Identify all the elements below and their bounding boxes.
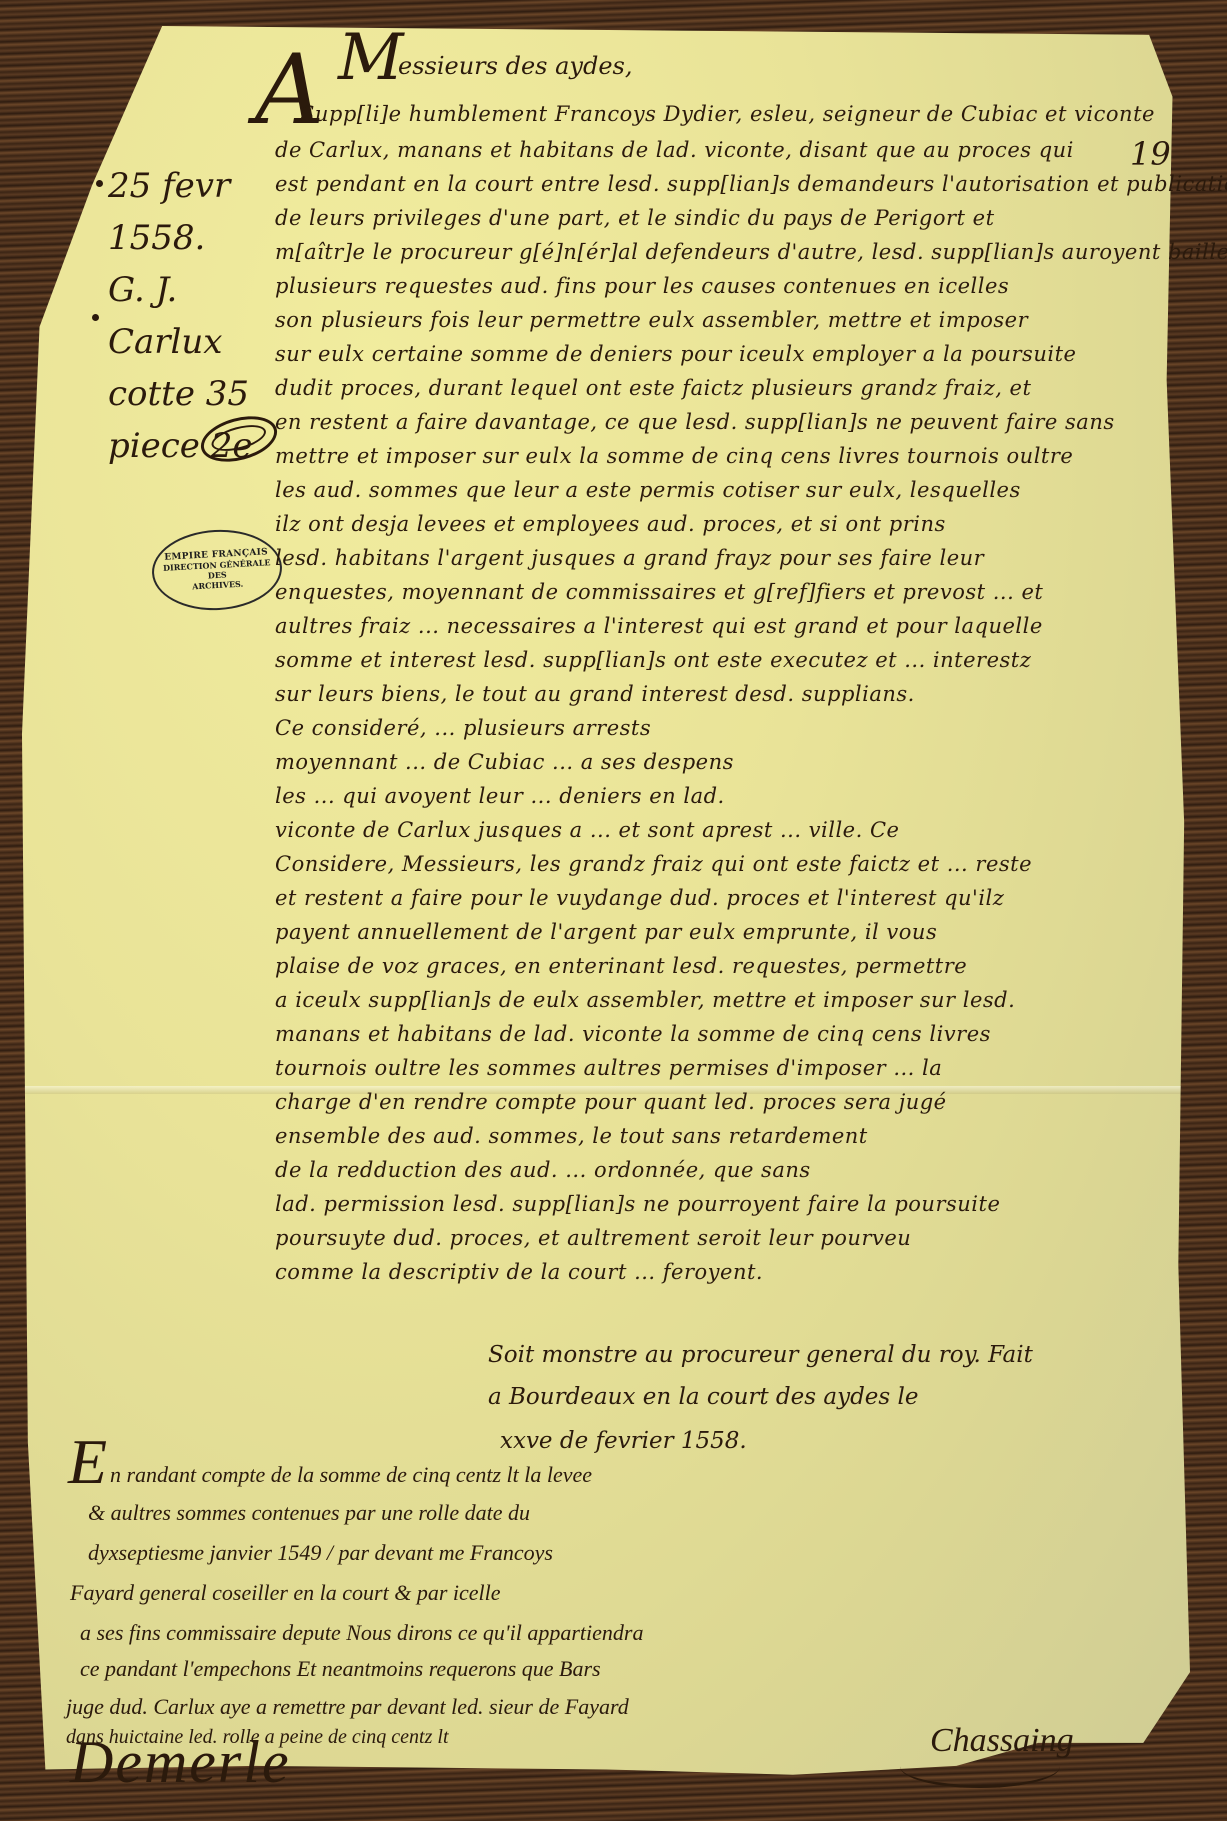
body-line: lesd. habitans l'argent jusques a grand … <box>275 546 984 570</box>
body-line: plusieurs requestes aud. fins pour les c… <box>275 274 1009 298</box>
body-line: de leurs privileges d'une part, et le si… <box>275 206 995 230</box>
body-line: ilz ont desja levees et employees aud. p… <box>275 512 946 536</box>
body-line: son plusieurs fois leur permettre eulx a… <box>275 308 1028 332</box>
body-line: mettre et imposer sur eulx la somme de c… <box>275 444 1073 468</box>
body-line: dudit proces, durant lequel ont este fai… <box>275 376 1031 400</box>
body-line: plaise de voz graces, en enterinant lesd… <box>275 954 967 978</box>
body-line: poursuyte dud. proces, et aultrement ser… <box>275 1226 911 1250</box>
decorated-initial-m: M <box>338 26 404 90</box>
body-line: m[aîtr]e le procureur g[é]n[ér]al defend… <box>275 240 1227 264</box>
signature-right: Chassaing <box>930 1722 1074 1760</box>
lower-line: a ses fins commissaire depute Nous diron… <box>80 1620 643 1646</box>
lower-line: Fayard general coseiller en la court & p… <box>70 1580 501 1606</box>
body-line: Ce consideré, ... plusieurs arrests <box>275 716 651 740</box>
body-line: Considere, Messieurs, les grandz fraiz q… <box>275 852 1032 876</box>
margin-note-place: Carlux <box>108 316 252 368</box>
lower-line: n randant compte de la somme de cinq cen… <box>110 1462 592 1488</box>
body-line: de la redduction des aud. ... ordonnée, … <box>275 1158 811 1182</box>
ink-dot <box>92 314 99 321</box>
body-line: payent annuellement de l'argent par eulx… <box>275 920 937 944</box>
lower-line: & aultres sommes contenues par une rolle… <box>88 1500 530 1526</box>
body-line: somme et interest lesd. supp[lian]s ont … <box>275 648 1031 672</box>
margin-note-cote: cotte 35 <box>108 368 252 420</box>
body-line: tournois oultre les sommes aultres permi… <box>275 1056 942 1080</box>
signature-left: Demerle <box>70 1728 291 1797</box>
decree-line: a Bourdeaux en la court des aydes le <box>488 1384 919 1410</box>
body-line: ensemble des aud. sommes, le tout sans r… <box>275 1124 868 1148</box>
body-line: en restent a faire davantage, ce que les… <box>275 410 1115 434</box>
body-line: viconte de Carlux jusques a ... et sont … <box>275 818 899 842</box>
body-line: manans et habitans de lad. viconte la so… <box>275 1022 991 1046</box>
decree-line: xxve de fevrier 1558. <box>500 1428 747 1454</box>
body-line: de Carlux, manans et habitans de lad. vi… <box>275 138 1074 162</box>
salutation: essieurs des aydes, <box>398 52 632 80</box>
body-line: lad. permission lesd. supp[lian]s ne pou… <box>275 1192 1000 1216</box>
body-line: Supp[li]e humblement Francoys Dydier, es… <box>300 102 1155 126</box>
body-line: les aud. sommes que leur a este permis c… <box>275 478 1021 502</box>
lower-line: dyxseptiesme janvier 1549 / par devant m… <box>88 1540 553 1566</box>
body-line: charge d'en rendre compte pour quant led… <box>275 1090 947 1114</box>
stamp-line-4: ARCHIVES. <box>192 579 244 592</box>
lower-initial: E <box>68 1425 107 1499</box>
lower-line: juge dud. Carlux aye a remettre par deva… <box>66 1694 629 1720</box>
margin-note-date: 25 fevr <box>108 160 252 212</box>
decree-line: Soit monstre au procureur general du roy… <box>488 1342 1033 1368</box>
body-line: est pendant en la court entre lesd. supp… <box>275 172 1227 196</box>
body-line: et restent a faire pour le vuydange dud.… <box>275 886 1004 910</box>
lower-line: ce pandant l'empechons Et neantmoins req… <box>80 1656 601 1682</box>
body-line: comme la descriptiv de la court ... fero… <box>275 1260 763 1284</box>
body-line: aultres fraiz ... necessaires a l'intere… <box>275 614 1043 638</box>
body-line: a iceulx supp[lian]s de eulx assembler, … <box>275 988 1015 1012</box>
body-line: moyennant ... de Cubiac ... a ses despen… <box>275 750 734 774</box>
body-line: enquestes, moyennant de commissaires et … <box>275 580 1043 604</box>
body-line: sur eulx certaine somme de deniers pour … <box>275 342 1076 366</box>
ink-dot <box>96 180 103 187</box>
body-line: sur leurs biens, le tout au grand intere… <box>275 682 915 706</box>
margin-note-year: 1558. <box>108 212 252 264</box>
margin-note-initials: G. J. <box>108 264 252 316</box>
folio-number: 19 <box>1130 135 1171 173</box>
body-line: les ... qui avoyent leur ... deniers en … <box>275 784 725 808</box>
